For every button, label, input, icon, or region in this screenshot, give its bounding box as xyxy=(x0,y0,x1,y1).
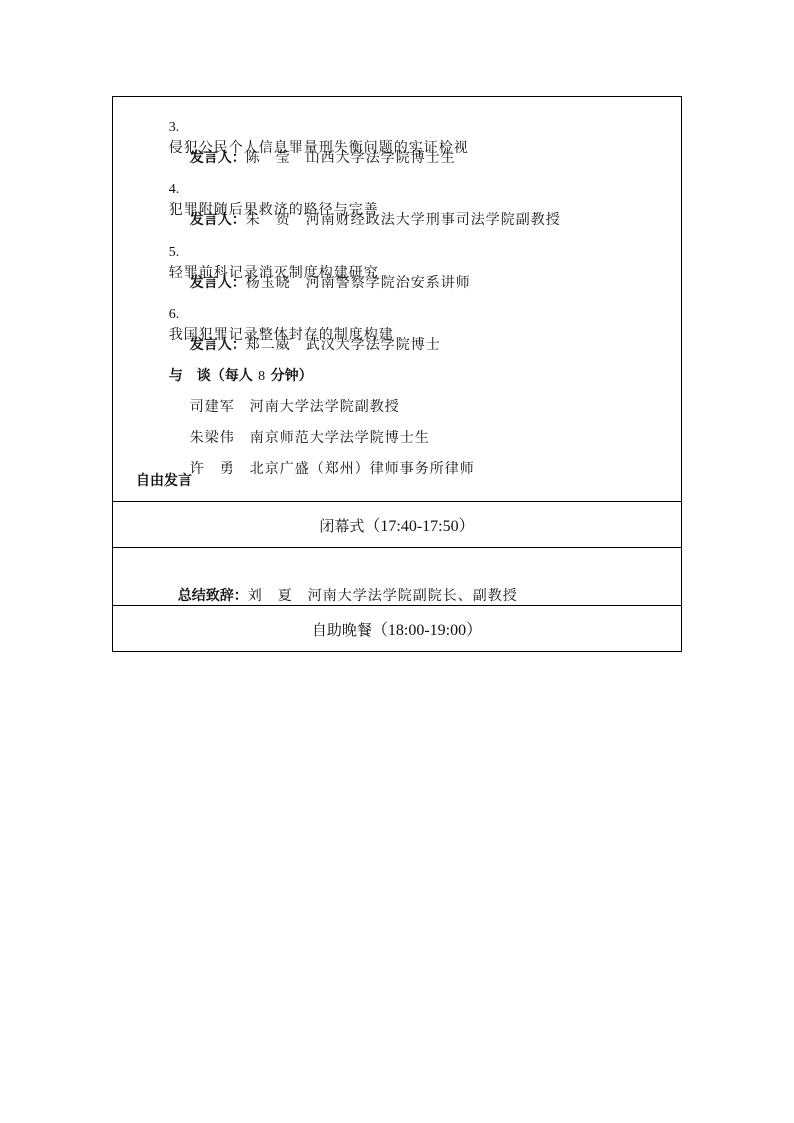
agenda-table: 3. 侵犯公民个人信息罪量刑失衡问题的实证检视 发言人：陈 莹 山西大学法学院博… xyxy=(112,96,682,652)
closing-ceremony-row: 闭幕式（17:40-17:50） xyxy=(113,501,681,547)
session-cell: 3. 侵犯公民个人信息罪量刑失衡问题的实证检视 发言人：陈 莹 山西大学法学院博… xyxy=(113,97,681,501)
closing-speech-row: 总结致辞：刘 夏 河南大学法学院副院长、副教授 xyxy=(113,547,681,605)
discussant-3: 许 勇 北京广盛（郑州）律师事务所律师 xyxy=(157,439,475,499)
closing-speaker-affiliation: 河南大学法学院副院长、副教授 xyxy=(308,588,518,604)
speaker-affiliation: 武汉大学法学院博士 xyxy=(306,337,441,353)
dinner-title: 自助晚餐（18:00-19:00） xyxy=(312,617,482,640)
closing-speech-label: 总结致辞： xyxy=(178,588,248,604)
free-speech: 自由发言 xyxy=(136,471,192,491)
closing-speaker: 刘 夏 xyxy=(248,588,293,604)
closing-ceremony-title: 闭幕式（17:40-17:50） xyxy=(319,513,474,536)
dinner-row: 自助晚餐（18:00-19:00） xyxy=(113,605,681,651)
